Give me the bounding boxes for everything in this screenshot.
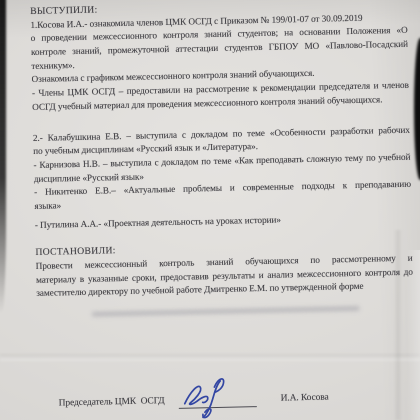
signature-role-label: Председатель ЦМК ОСГД (59, 395, 165, 411)
signature-block: Председатель ЦМК ОСГД И.А. Косова (38, 381, 416, 420)
signatory-name: И.А. Косова (281, 392, 329, 407)
text-line: - Путилина А.А.- «Проектная деятельность… (35, 210, 412, 232)
right-edge-shadow (414, 38, 420, 180)
section-reports: 2.- Калабушкина Е.В. – выступила с докла… (33, 123, 412, 232)
left-edge-shadow (0, 0, 6, 326)
signature-ink (168, 372, 269, 420)
document-text: ВЫСТУПИЛИ: 1.Косова И.А.- ознакомила чле… (30, 0, 416, 420)
ink-bleedthrough (92, 306, 360, 317)
photo-background: ВЫСТУПИЛИ: 1.Косова И.А.- ознакомила чле… (0, 0, 420, 420)
